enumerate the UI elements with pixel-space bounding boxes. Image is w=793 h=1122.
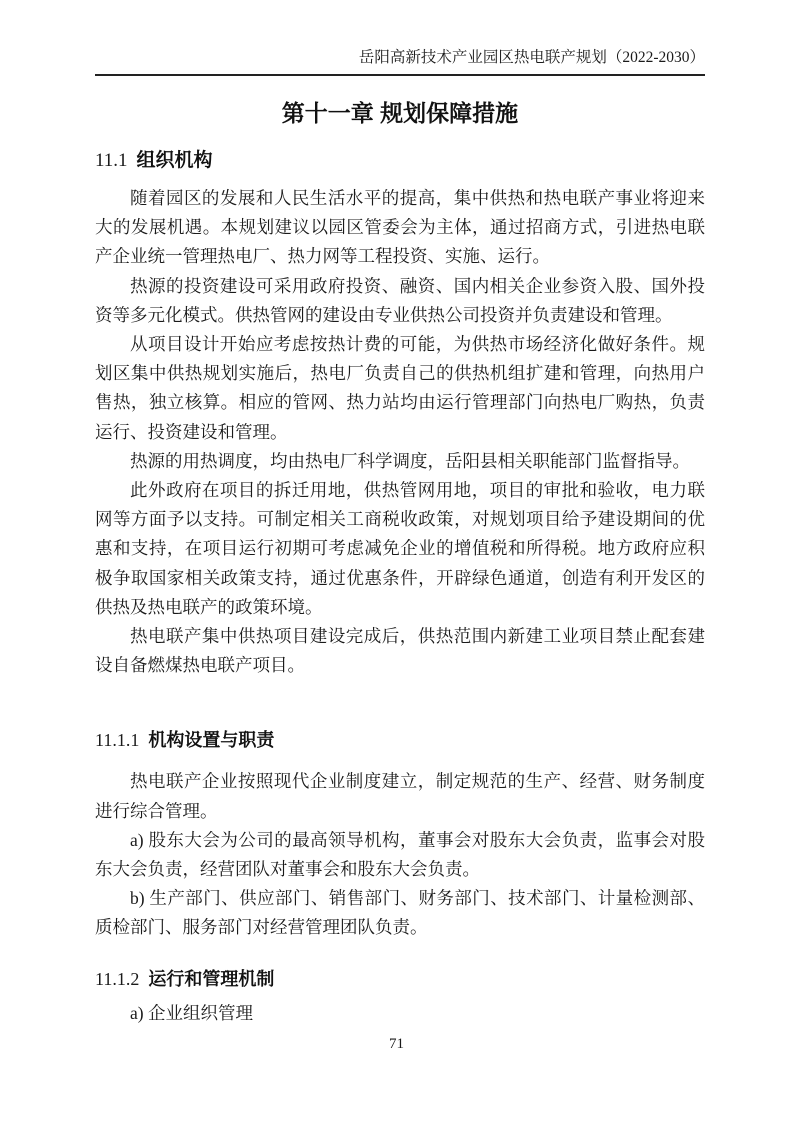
section-title: 机构设置与职责 [148, 730, 274, 750]
section-heading-11.1: 11.1组织机构 [95, 148, 705, 174]
chapter-title: 第十一章 规划保障措施 [95, 97, 705, 129]
paragraph: 此外政府在项目的拆迁用地，供热管网用地，项目的审批和验收，电力联网等方面予以支持… [95, 476, 705, 622]
section-number: 11.1 [95, 150, 128, 171]
document-page: 岳阳高新技术产业园区热电联产规划（2022-2030） 第十一章 规划保障措施 … [0, 0, 793, 1122]
header-title: 岳阳高新技术产业园区热电联产规划（2022-2030） [359, 49, 705, 66]
paragraph: 热电联产企业按照现代企业制度建立，制定规范的生产、经营、财务制度进行综合管理。 [95, 767, 705, 825]
paragraph: 从项目设计开始应考虑按热计费的可能，为供热市场经济化做好条件。规划区集中供热规划… [95, 330, 705, 447]
section-number: 11.1.2 [95, 969, 139, 989]
page-footer: 71 [0, 1036, 793, 1053]
section-title: 运行和管理机制 [148, 969, 274, 989]
paragraph: 热电联产集中供热项目建设完成后，供热范围内新建工业项目禁止配套建设自备燃煤热电联… [95, 622, 705, 680]
page-header: 岳阳高新技术产业园区热电联产规划（2022-2030） [95, 48, 705, 74]
paragraph: a) 股东大会为公司的最高领导机构，董事会对股东大会负责，监事会对股东大会负责，… [95, 826, 705, 884]
section-heading-11.1.1: 11.1.1机构设置与职责 [95, 728, 705, 752]
document-body: 11.1组织机构随着园区的发展和人民生活水平的提高，集中供热和热电联产事业将迎来… [95, 148, 705, 1028]
paragraph: 随着园区的发展和人民生活水平的提高，集中供热和热电联产事业将迎来大的发展机遇。本… [95, 184, 705, 272]
section-number: 11.1.1 [95, 730, 139, 750]
paragraph: a) 企业组织管理 [95, 999, 705, 1028]
section-heading-11.1.2: 11.1.2运行和管理机制 [95, 967, 705, 991]
paragraph: 热源的用热调度，均由热电厂科学调度，岳阳县相关职能部门监督指导。 [95, 447, 705, 476]
section-title: 组织机构 [137, 150, 213, 171]
header-rule [95, 74, 705, 76]
paragraph: 热源的投资建设可采用政府投资、融资、国内相关企业参资入股、国外投资等多元化模式。… [95, 272, 705, 330]
page-number: 71 [389, 1036, 404, 1052]
paragraph: b) 生产部门、供应部门、销售部门、财务部门、技术部门、计量检测部、质检部门、服… [95, 884, 705, 942]
